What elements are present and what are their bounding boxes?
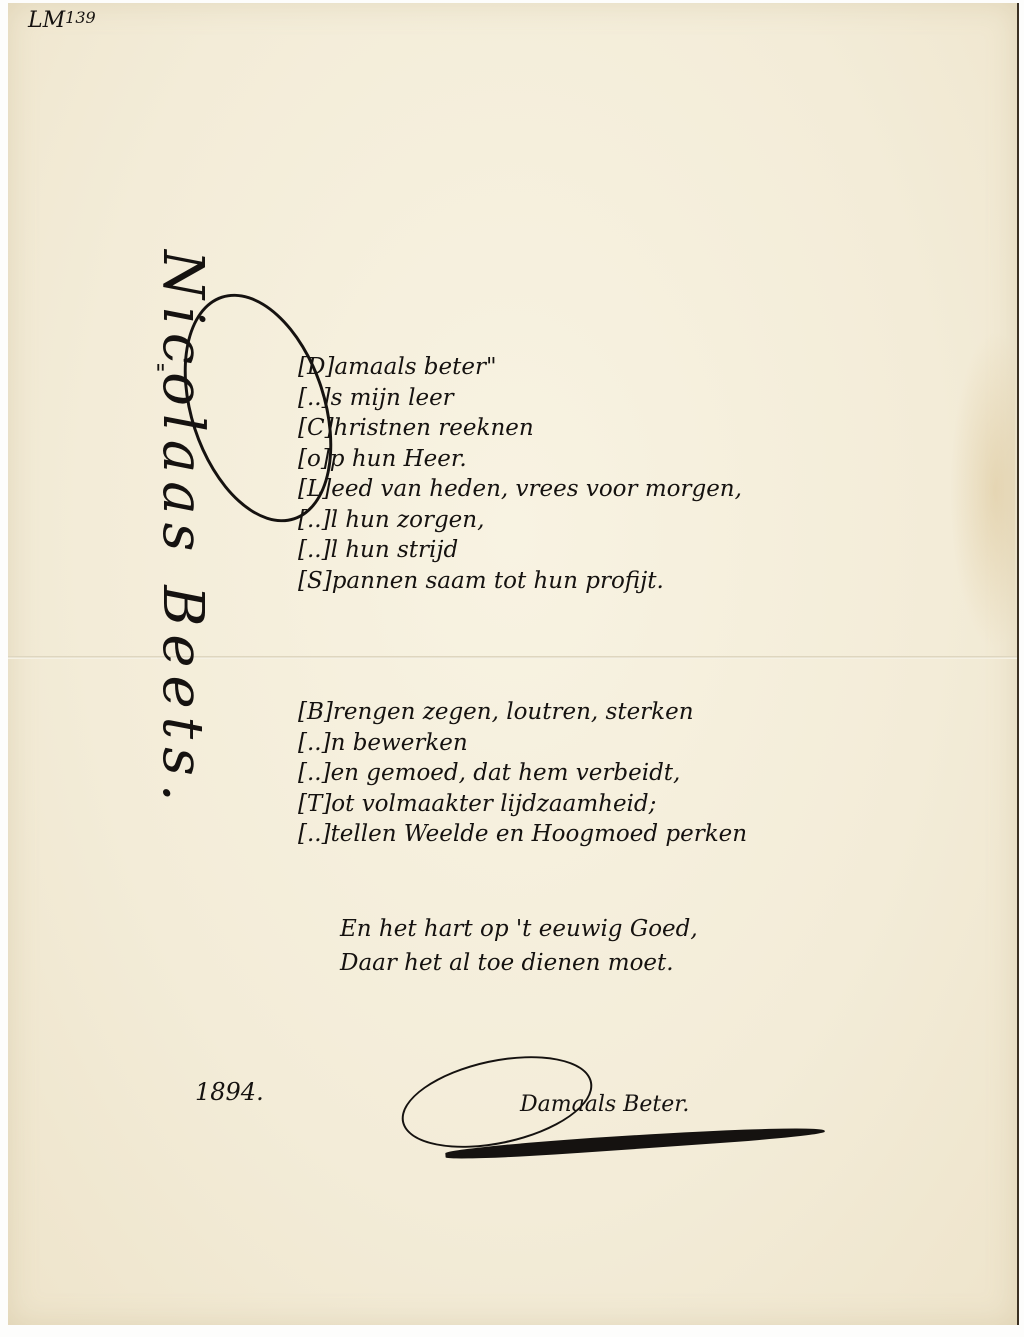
poem-line: [S]pannen saam tot hun profijt. xyxy=(298,566,742,597)
poem-line: [D]amaals beter" xyxy=(298,352,742,383)
poem-line: [..]s mijn leer xyxy=(298,383,742,414)
poem-line: [..]tellen Weelde en Hoogmoed perken xyxy=(298,819,747,850)
poem-line: [C]hristnen reeknen xyxy=(298,413,742,444)
reference-label: LM xyxy=(28,8,65,33)
poem-line: [o]p hun Heer. xyxy=(298,444,742,475)
signature-block: Damaals Beter. xyxy=(400,1040,840,1170)
poem-line: [..]l hun zorgen, xyxy=(298,505,742,536)
poem-line: En het hart op 't eeuwig Goed, xyxy=(340,912,698,946)
signature-text: Damaals Beter. xyxy=(520,1092,689,1117)
poem-line: [B]rengen zegen, loutren, sterken xyxy=(298,697,747,728)
archive-reference-mark: LM139 xyxy=(28,8,96,33)
date-year: 1894. xyxy=(195,1078,264,1106)
paper-stain xyxy=(950,330,1015,650)
poem-line: [L]eed van heden, vrees voor morgen, xyxy=(298,474,742,505)
author-title-vertical: Nicolaas Beets. xyxy=(150,250,215,810)
poem-line: [..]en gemoed, dat hem verbeidt, xyxy=(298,758,747,789)
poem-line: [..]n bewerken xyxy=(298,728,747,759)
stanza-3: En het hart op 't eeuwig Goed, Daar het … xyxy=(340,912,698,980)
stanza-2: [B]rengen zegen, loutren, sterken [..]n … xyxy=(298,697,747,850)
poem-line: Daar het al toe dienen moet. xyxy=(340,946,698,980)
reference-number: 139 xyxy=(65,8,96,27)
poem-line: [..]l hun strijd xyxy=(298,535,742,566)
stanza-1: [D]amaals beter" [..]s mijn leer [C]hris… xyxy=(298,352,742,596)
poem-line: [T]ot volmaakter lijdzaamheid; xyxy=(298,789,747,820)
